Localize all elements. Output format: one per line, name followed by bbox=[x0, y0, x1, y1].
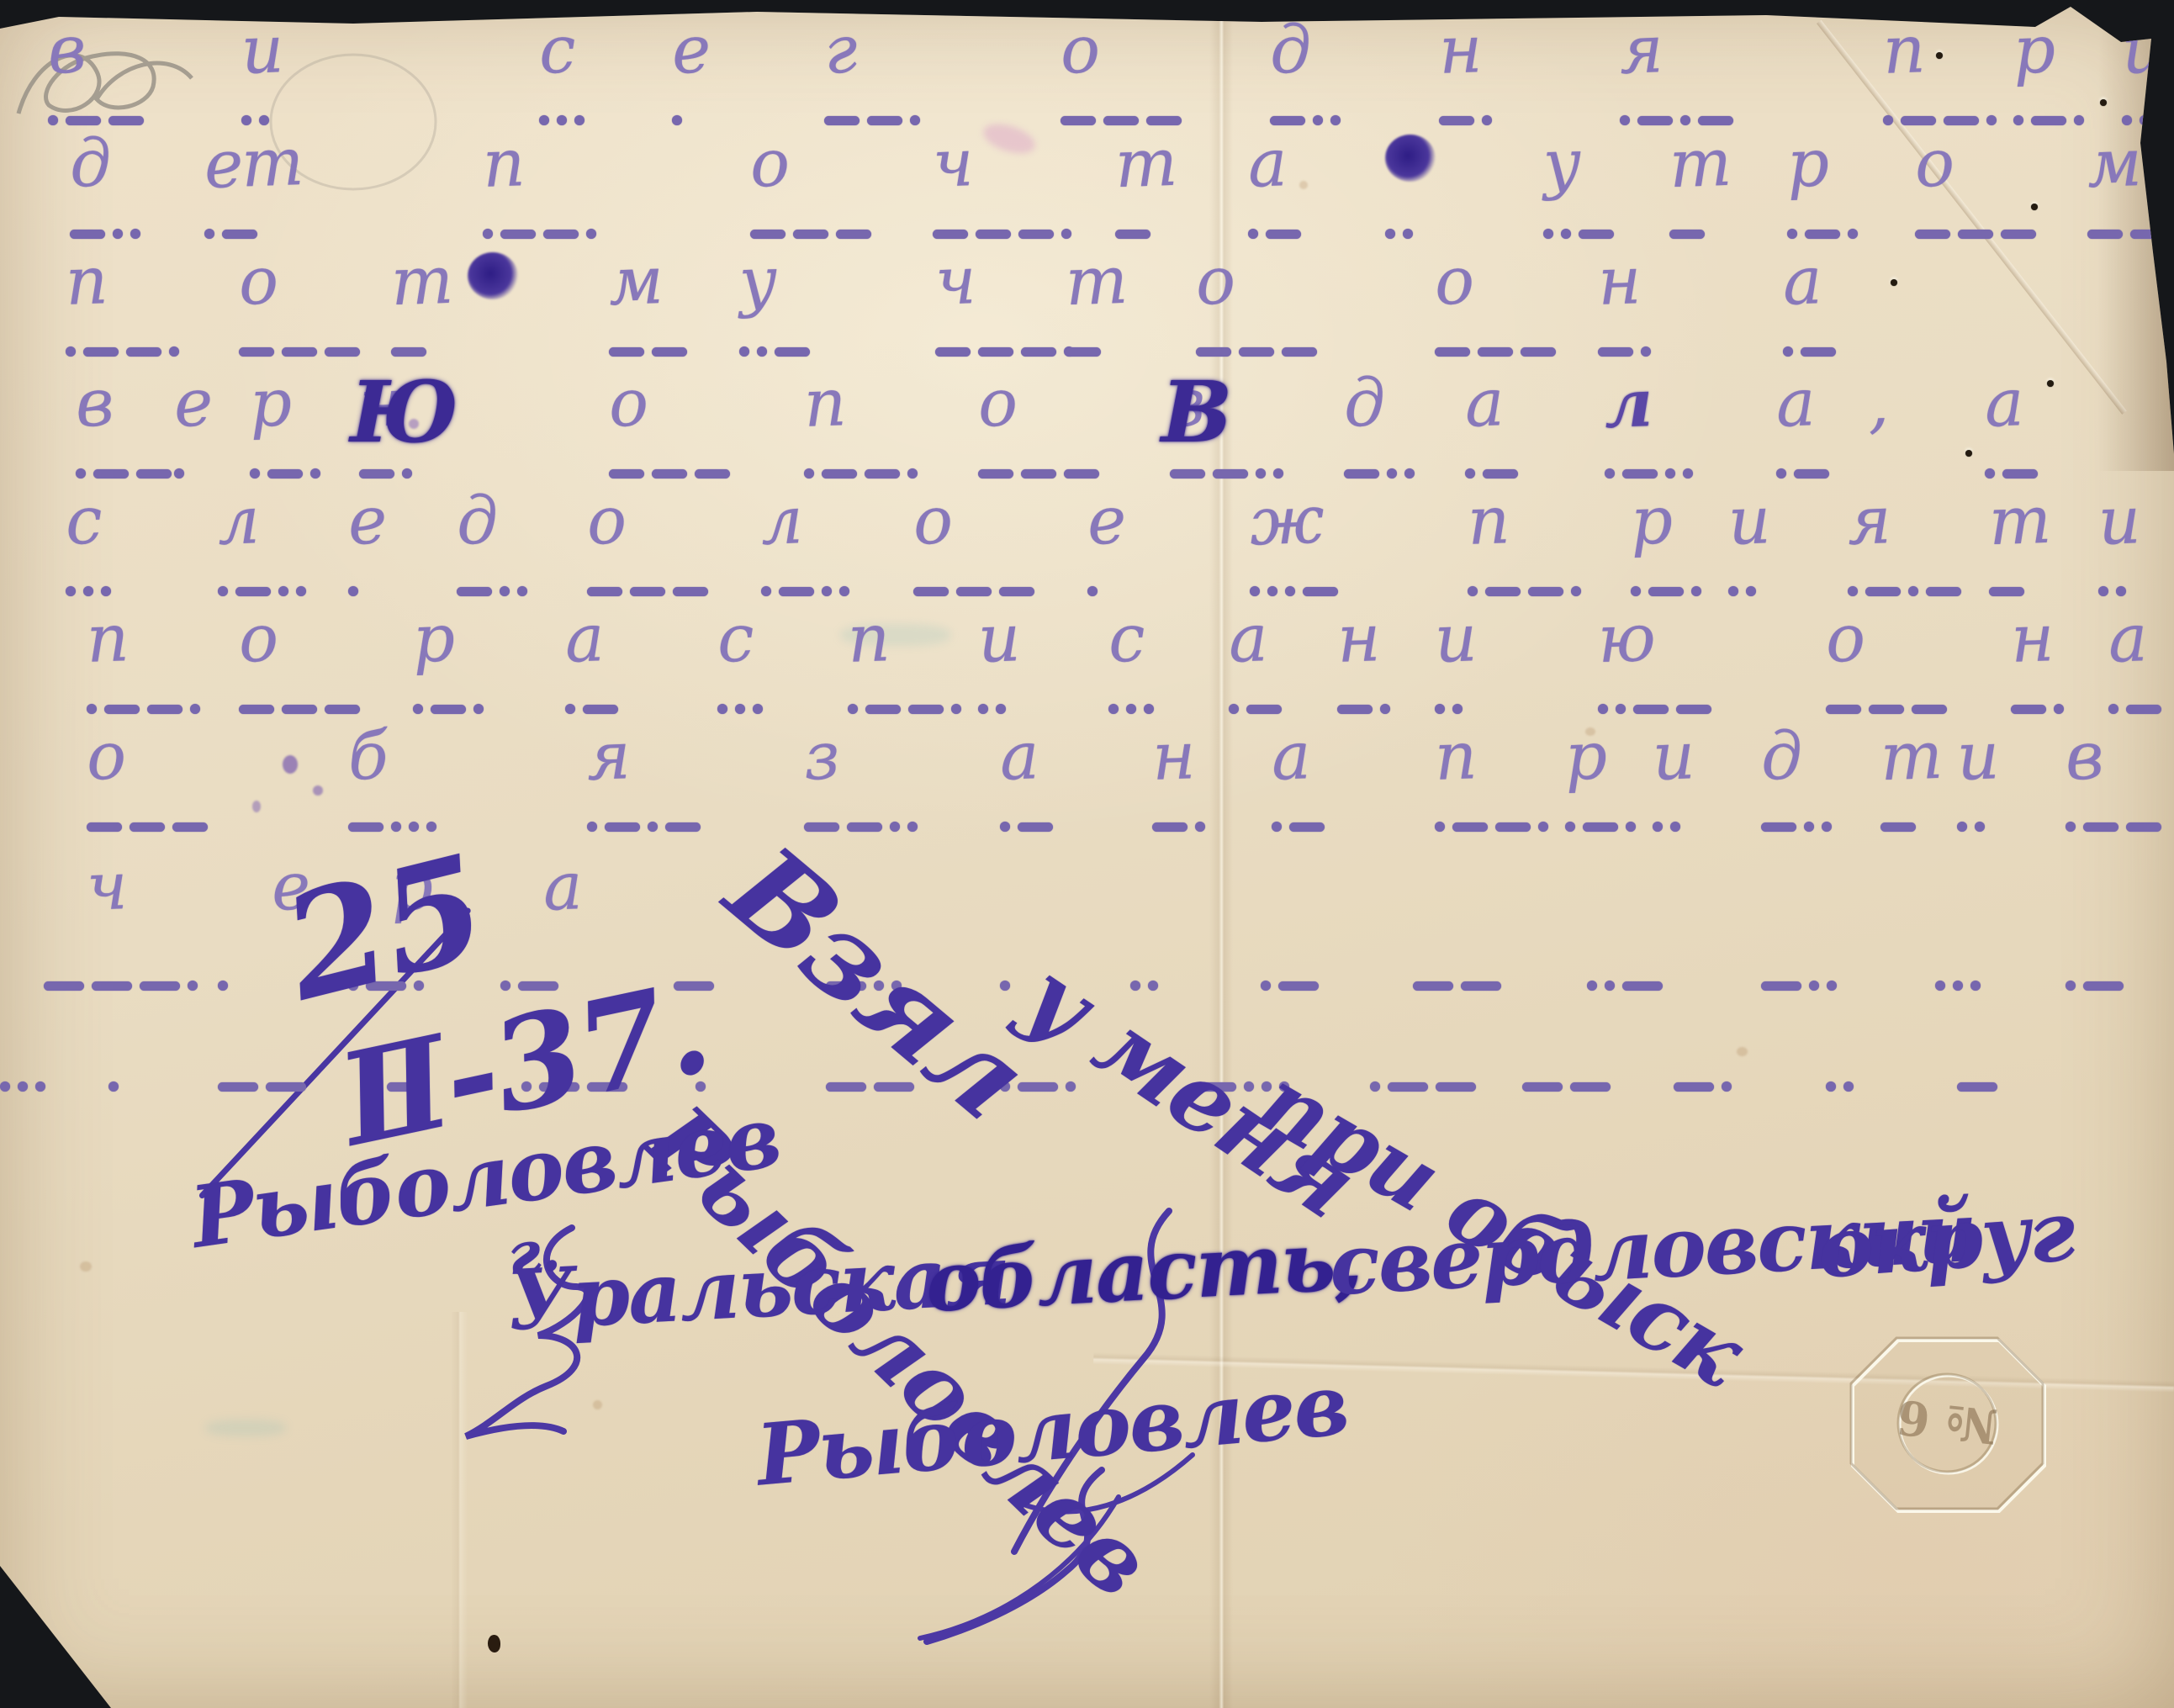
morse-dash bbox=[348, 822, 383, 832]
cipher-letter-cell: я bbox=[1620, 21, 1729, 82]
morse-group bbox=[978, 702, 1006, 716]
morse-dot bbox=[1970, 981, 1981, 991]
morse-dot bbox=[250, 468, 260, 479]
cipher-letter: а bbox=[564, 609, 604, 670]
cipher-letter: р bbox=[1786, 134, 1828, 195]
morse-group bbox=[1344, 467, 1415, 480]
morse-dash bbox=[822, 469, 857, 479]
morse-dot bbox=[2074, 115, 2084, 125]
cipher-letter-cell: а bbox=[543, 858, 653, 918]
cipher-letter: н bbox=[1438, 20, 1482, 82]
morse-dash bbox=[609, 469, 644, 479]
morse-dash bbox=[218, 1082, 258, 1092]
morse-dash bbox=[325, 705, 360, 714]
morse-dash bbox=[83, 347, 119, 357]
cipher-letter-cell: е bbox=[348, 492, 458, 553]
morse-dash bbox=[2087, 230, 2123, 239]
morse-dot bbox=[204, 229, 214, 239]
cipher-line: вернЮопозВдала,а bbox=[0, 374, 2174, 500]
morse-dot bbox=[218, 981, 228, 991]
morse-dash bbox=[665, 822, 701, 832]
cipher-letter-cell bbox=[1385, 135, 1494, 182]
morse-dash bbox=[1289, 822, 1325, 832]
cipher-letter: т bbox=[1114, 134, 1177, 196]
morse-dash bbox=[239, 347, 274, 357]
morse-dash bbox=[2031, 116, 2066, 125]
cipher-letter: р bbox=[412, 609, 454, 670]
morse-group bbox=[76, 467, 172, 480]
cipher-letter: о bbox=[749, 134, 789, 195]
morse-dot bbox=[539, 115, 549, 125]
morse-group bbox=[587, 820, 701, 833]
cipher-letter-cell: м bbox=[2087, 135, 2174, 195]
morse-dash bbox=[1901, 116, 1936, 125]
cipher-letter-cell: п bbox=[804, 374, 913, 435]
morse-group bbox=[87, 820, 208, 833]
morse-dot bbox=[108, 1081, 119, 1092]
cipher-letter: а bbox=[1227, 609, 1267, 670]
morse-dash bbox=[1579, 230, 1614, 239]
morse-dot bbox=[241, 115, 251, 125]
cipher-letter: ет bbox=[204, 133, 304, 197]
morse-group bbox=[1272, 820, 1325, 833]
morse-group bbox=[761, 584, 849, 598]
morse-dash bbox=[1436, 1082, 1476, 1092]
cipher-letter: я bbox=[586, 727, 630, 788]
cipher-letter-cell: н bbox=[2011, 610, 2120, 670]
morse-dot bbox=[1848, 229, 1858, 239]
cipher-letter-cell: о bbox=[1061, 21, 1170, 82]
morse-group bbox=[1915, 227, 2036, 241]
cipher-letter: в bbox=[2065, 727, 2103, 788]
morse-dash bbox=[1413, 981, 1453, 991]
cipher-letter: о bbox=[1060, 20, 1099, 82]
cipher-letter-cell: а bbox=[2108, 610, 2174, 670]
cipher-letter-cell: о bbox=[609, 374, 718, 435]
morse-dot bbox=[951, 704, 961, 714]
morse-dot bbox=[1787, 229, 1797, 239]
morse-dash bbox=[1698, 116, 1733, 125]
morse-group bbox=[739, 345, 810, 358]
morse-dash bbox=[1495, 822, 1531, 832]
morse-dash bbox=[44, 981, 84, 991]
cipher-letter-cell: д bbox=[1761, 727, 1870, 788]
morse-dot bbox=[1313, 115, 1323, 125]
morse-dot bbox=[517, 586, 527, 596]
morse-dash bbox=[775, 347, 810, 357]
morse-dash bbox=[826, 1082, 866, 1092]
morse-group bbox=[239, 702, 360, 716]
morse-group bbox=[1848, 584, 1961, 598]
morse-dot bbox=[174, 468, 184, 479]
morse-dot bbox=[1908, 586, 1918, 596]
morse-group bbox=[1385, 227, 1413, 241]
cipher-letter: д bbox=[68, 134, 110, 195]
morse-dash bbox=[1761, 981, 1801, 991]
morse-dot bbox=[83, 586, 93, 596]
cipher-letter: м bbox=[608, 251, 663, 314]
morse-dot bbox=[66, 586, 76, 596]
cipher-letter: п bbox=[64, 251, 107, 313]
morse-dot bbox=[1261, 981, 1271, 991]
cipher-letter: л bbox=[216, 491, 258, 553]
cipher-letter: ч bbox=[932, 134, 973, 195]
morse-dot bbox=[310, 468, 320, 479]
morse-dot bbox=[1538, 822, 1548, 832]
morse-dot bbox=[672, 115, 682, 125]
morse-dot bbox=[1957, 822, 1967, 832]
morse-dash bbox=[1674, 1082, 1714, 1092]
morse-dash bbox=[1915, 230, 1950, 239]
morse-dot bbox=[717, 704, 727, 714]
cipher-letter-cell: и bbox=[1957, 727, 2066, 788]
morse-dash bbox=[1944, 116, 1979, 125]
morse-group bbox=[1435, 702, 1463, 716]
morse-dash bbox=[92, 981, 132, 991]
cipher-letter-cell: н bbox=[1337, 610, 1447, 670]
cipher-letter-cell: о bbox=[750, 135, 860, 195]
morse-dash bbox=[108, 116, 144, 125]
morse-dot bbox=[1285, 586, 1295, 596]
morse-dash bbox=[1528, 587, 1563, 596]
morse-dash bbox=[1146, 116, 1182, 125]
cipher-letter: б bbox=[346, 727, 387, 788]
morse-dash bbox=[1522, 1082, 1563, 1092]
morse-group bbox=[913, 584, 1034, 598]
morse-dot bbox=[1827, 981, 1837, 991]
morse-dash bbox=[1622, 469, 1658, 479]
morse-dot bbox=[1256, 468, 1266, 479]
morse-group bbox=[1935, 979, 1981, 992]
age-spot bbox=[80, 1261, 92, 1272]
morse-dot bbox=[35, 1081, 45, 1092]
cipher-letter: а bbox=[542, 857, 582, 918]
cipher-letter-cell: е bbox=[672, 21, 781, 82]
morse-dot bbox=[1468, 586, 1478, 596]
morse-group bbox=[1776, 467, 1829, 480]
cipher-line: обязанапридтив bbox=[0, 727, 2174, 854]
morse-dash bbox=[1170, 469, 1205, 479]
cipher-letter: а bbox=[2108, 609, 2147, 670]
morse-dash bbox=[824, 116, 860, 125]
morse-dash bbox=[605, 822, 640, 832]
morse-dash bbox=[239, 705, 274, 714]
morse-dot bbox=[48, 115, 58, 125]
morse-group bbox=[1152, 820, 1205, 833]
morse-group bbox=[1883, 114, 1997, 127]
cipher-letter: г bbox=[823, 20, 856, 82]
morse-dot bbox=[1975, 822, 1985, 832]
cipher-letter: о bbox=[86, 727, 125, 788]
cipher-letter: в bbox=[47, 20, 86, 82]
morse-dot bbox=[2098, 586, 2108, 596]
morse-dot bbox=[890, 822, 900, 832]
cipher-letter-cell: н bbox=[1598, 252, 1707, 313]
morse-dash bbox=[172, 822, 208, 832]
cipher-letter: е bbox=[1086, 491, 1125, 553]
morse-dot bbox=[1804, 822, 1814, 832]
cipher-line: следолоежприяти bbox=[0, 492, 2174, 618]
morse-dot bbox=[169, 346, 179, 357]
morse-dot bbox=[1452, 704, 1463, 714]
ink-blot bbox=[1385, 135, 1436, 182]
morse-dash bbox=[457, 587, 492, 596]
morse-dash bbox=[1388, 1082, 1428, 1092]
morse-dash bbox=[1239, 347, 1274, 357]
morse-group bbox=[539, 114, 584, 127]
morse-dash bbox=[147, 705, 182, 714]
region-part-4: округ bbox=[1815, 1183, 2076, 1298]
cipher-letter-cell: л bbox=[761, 492, 870, 553]
morse-dash bbox=[913, 587, 949, 596]
age-spot bbox=[593, 1400, 602, 1409]
morse-dot bbox=[1144, 704, 1154, 714]
cipher-letter: и bbox=[1955, 727, 1998, 788]
cipher-letter: т bbox=[1669, 134, 1731, 196]
cipher-letter: о bbox=[912, 491, 951, 553]
morse-dot bbox=[1631, 586, 1641, 596]
cipher-letter: п bbox=[1434, 727, 1477, 788]
cipher-letter: р bbox=[2012, 20, 2054, 82]
cipher-letter: т bbox=[1880, 727, 1942, 789]
morse-group bbox=[935, 345, 1074, 358]
morse-dot bbox=[190, 704, 200, 714]
cipher-letter-cell: и bbox=[978, 610, 1087, 670]
morse-dash bbox=[1115, 230, 1150, 239]
morse-group bbox=[1880, 820, 1916, 833]
cipher-letter: т bbox=[390, 251, 452, 314]
morse-dot bbox=[1641, 346, 1651, 357]
morse-dash bbox=[2083, 981, 2124, 991]
morse-dot bbox=[1620, 115, 1630, 125]
morse-group bbox=[1000, 820, 1053, 833]
morse-dash bbox=[1018, 822, 1053, 832]
cipher-letter: в bbox=[75, 373, 114, 435]
morse-dot bbox=[1267, 586, 1277, 596]
cipher-letter: о bbox=[238, 609, 278, 670]
cipher-letter: е bbox=[671, 20, 711, 82]
morse-group bbox=[1826, 1080, 1854, 1093]
morse-dash bbox=[1452, 822, 1488, 832]
morse-dot bbox=[839, 586, 849, 596]
morse-group bbox=[1957, 1080, 1997, 1093]
cipher-letter-cell: о bbox=[913, 492, 1023, 553]
morse-group bbox=[1087, 584, 1098, 598]
cipher-letter: п bbox=[1467, 491, 1510, 553]
morse-dash bbox=[1344, 469, 1379, 479]
morse-group bbox=[1598, 345, 1651, 358]
morse-group bbox=[174, 467, 184, 480]
morse-dot bbox=[586, 229, 596, 239]
cipher-letter: п bbox=[86, 609, 129, 670]
morse-dot bbox=[907, 468, 918, 479]
morse-group bbox=[750, 227, 871, 241]
cipher-letter-cell: р bbox=[2013, 21, 2123, 82]
morse-dot bbox=[2122, 115, 2132, 125]
cipher-letter-cell: д bbox=[1270, 21, 1379, 82]
morse-dash bbox=[282, 347, 317, 357]
morse-dot bbox=[907, 822, 918, 832]
morse-dot bbox=[1822, 822, 1832, 832]
morse-dash bbox=[1196, 347, 1231, 357]
morse-dot bbox=[1404, 468, 1415, 479]
morse-dash bbox=[1794, 469, 1829, 479]
morse-dash bbox=[222, 230, 257, 239]
morse-dash bbox=[282, 705, 317, 714]
morse-dash bbox=[325, 347, 360, 357]
morse-dash bbox=[1021, 347, 1056, 357]
cipher-letter-cell: а bbox=[1000, 727, 1109, 788]
cipher-letter: о bbox=[1825, 609, 1865, 670]
morse-group bbox=[1985, 467, 2038, 480]
cipher-line: висегодняпри bbox=[0, 21, 2174, 147]
morse-dot bbox=[1605, 981, 1615, 991]
cipher-letter-cell: л bbox=[1605, 374, 1714, 435]
morse-group bbox=[717, 702, 763, 716]
cipher-letter-cell: д bbox=[70, 135, 179, 195]
overwritten-letter: Ю bbox=[351, 362, 459, 462]
morse-dot bbox=[1543, 229, 1553, 239]
cipher-letter: и bbox=[977, 609, 1020, 670]
cipher-letter: е bbox=[173, 373, 213, 435]
cipher-letter: и bbox=[241, 20, 283, 82]
morse-dash bbox=[2126, 822, 2161, 832]
morse-dash bbox=[999, 587, 1034, 596]
morse-dot bbox=[753, 704, 763, 714]
cipher-letter: о bbox=[1914, 134, 1954, 195]
morse-dot bbox=[1953, 981, 1963, 991]
morse-dot bbox=[1783, 346, 1793, 357]
morse-dash bbox=[1805, 230, 1840, 239]
cipher-letter-cell: а bbox=[1783, 252, 1892, 313]
morse-dot bbox=[188, 981, 198, 991]
morse-dot bbox=[1148, 981, 1158, 991]
cipher-letter-cell: а bbox=[1985, 374, 2094, 435]
morse-dot bbox=[1935, 981, 1945, 991]
morse-group bbox=[2066, 820, 2161, 833]
morse-group bbox=[1435, 820, 1548, 833]
morse-dash bbox=[266, 1082, 306, 1092]
cipher-letter-cell: о bbox=[87, 727, 196, 788]
cipher-letter-cell: т bbox=[1115, 135, 1225, 195]
morse-dash bbox=[978, 347, 1013, 357]
morse-dash bbox=[652, 469, 687, 479]
cipher-letter-cell: п bbox=[87, 610, 196, 670]
cipher-letter-cell: п bbox=[1883, 21, 1992, 82]
morse-dot bbox=[1883, 115, 1893, 125]
morse-dash bbox=[359, 469, 394, 479]
cipher-letter-cell: зВ bbox=[1170, 374, 1279, 435]
cipher-letter: а bbox=[999, 727, 1039, 788]
cipher-letter: н bbox=[1336, 609, 1380, 670]
morse-group bbox=[1261, 979, 1319, 992]
ink-speck bbox=[488, 1635, 500, 1652]
overwritten-letter: В bbox=[1161, 362, 1233, 462]
morse-group bbox=[1250, 584, 1338, 598]
morse-group bbox=[824, 114, 920, 127]
morse-dot bbox=[2116, 586, 2126, 596]
cipher-letter-cell: о bbox=[978, 374, 1087, 435]
morse-dot bbox=[473, 704, 484, 714]
cipher-letter-cell: о bbox=[1826, 610, 1935, 670]
morse-dot bbox=[1380, 704, 1390, 714]
cipher-letter: м bbox=[2086, 134, 2140, 196]
cipher-letter-cell: и bbox=[1728, 492, 1838, 553]
morse-dash bbox=[2083, 822, 2118, 832]
morse-dot bbox=[1229, 704, 1239, 714]
morse-group bbox=[933, 227, 1071, 241]
morse-dash bbox=[1061, 116, 1096, 125]
morse-dash bbox=[1103, 116, 1139, 125]
morse-group bbox=[1066, 345, 1101, 358]
cipher-letter: я bbox=[1619, 20, 1663, 82]
morse-dot bbox=[648, 822, 658, 832]
cipher-letter-cell: и bbox=[1435, 610, 1544, 670]
cipher-letter-cell: н bbox=[1152, 727, 1262, 788]
morse-dot bbox=[2054, 704, 2064, 714]
morse-dash bbox=[235, 587, 271, 596]
cipher-letter: и bbox=[2097, 491, 2140, 553]
cipher-letter-cell bbox=[468, 252, 577, 299]
morse-group bbox=[348, 584, 358, 598]
morse-dot bbox=[1272, 822, 1282, 832]
cipher-letter-cell: д bbox=[1344, 374, 1453, 435]
morse-dash bbox=[104, 705, 140, 714]
cipher-letter: а bbox=[1247, 134, 1287, 195]
morse-dot bbox=[278, 586, 288, 596]
cipher-letter: д bbox=[456, 491, 498, 553]
morse-dash bbox=[1669, 230, 1705, 239]
morse-group bbox=[1598, 702, 1711, 716]
morse-dot bbox=[1435, 704, 1445, 714]
morse-dot bbox=[1616, 704, 1626, 714]
cipher-letter-cell: я bbox=[1848, 492, 1957, 553]
cipher-letter: , bbox=[1866, 374, 1887, 436]
morse-group bbox=[1787, 227, 1858, 241]
morse-group bbox=[483, 227, 596, 241]
cipher-letter: п bbox=[482, 134, 525, 195]
morse-group bbox=[609, 345, 687, 358]
morse-group bbox=[1783, 345, 1836, 358]
cipher-letter: д bbox=[1760, 727, 1802, 788]
morse-dash bbox=[750, 230, 785, 239]
morse-group bbox=[1605, 467, 1693, 480]
cipher-letter-cell: в bbox=[48, 21, 157, 82]
morse-group bbox=[2108, 702, 2161, 716]
morse-dash bbox=[2130, 230, 2166, 239]
morse-dash bbox=[1485, 587, 1521, 596]
morse-dash bbox=[847, 822, 882, 832]
morse-dot bbox=[804, 468, 814, 479]
morse-dot bbox=[113, 229, 123, 239]
morse-dash bbox=[836, 230, 871, 239]
morse-group bbox=[1543, 227, 1614, 241]
morse-dash bbox=[1337, 705, 1373, 714]
morse-group bbox=[1674, 1080, 1732, 1093]
morse-dot bbox=[1809, 981, 1819, 991]
cipher-letter: д bbox=[1342, 373, 1384, 435]
morse-dot bbox=[757, 346, 767, 357]
cipher-letter-cell: о bbox=[1196, 252, 1305, 313]
cipher-letter-cell: п bbox=[848, 610, 957, 670]
cipher-letter-cell: о bbox=[587, 492, 696, 553]
morse-group bbox=[70, 227, 140, 241]
morse-group bbox=[978, 467, 1099, 480]
morse-dot bbox=[0, 1081, 10, 1092]
morse-dash bbox=[66, 116, 101, 125]
morse-dash bbox=[1270, 116, 1305, 125]
morse-dash bbox=[1761, 822, 1796, 832]
